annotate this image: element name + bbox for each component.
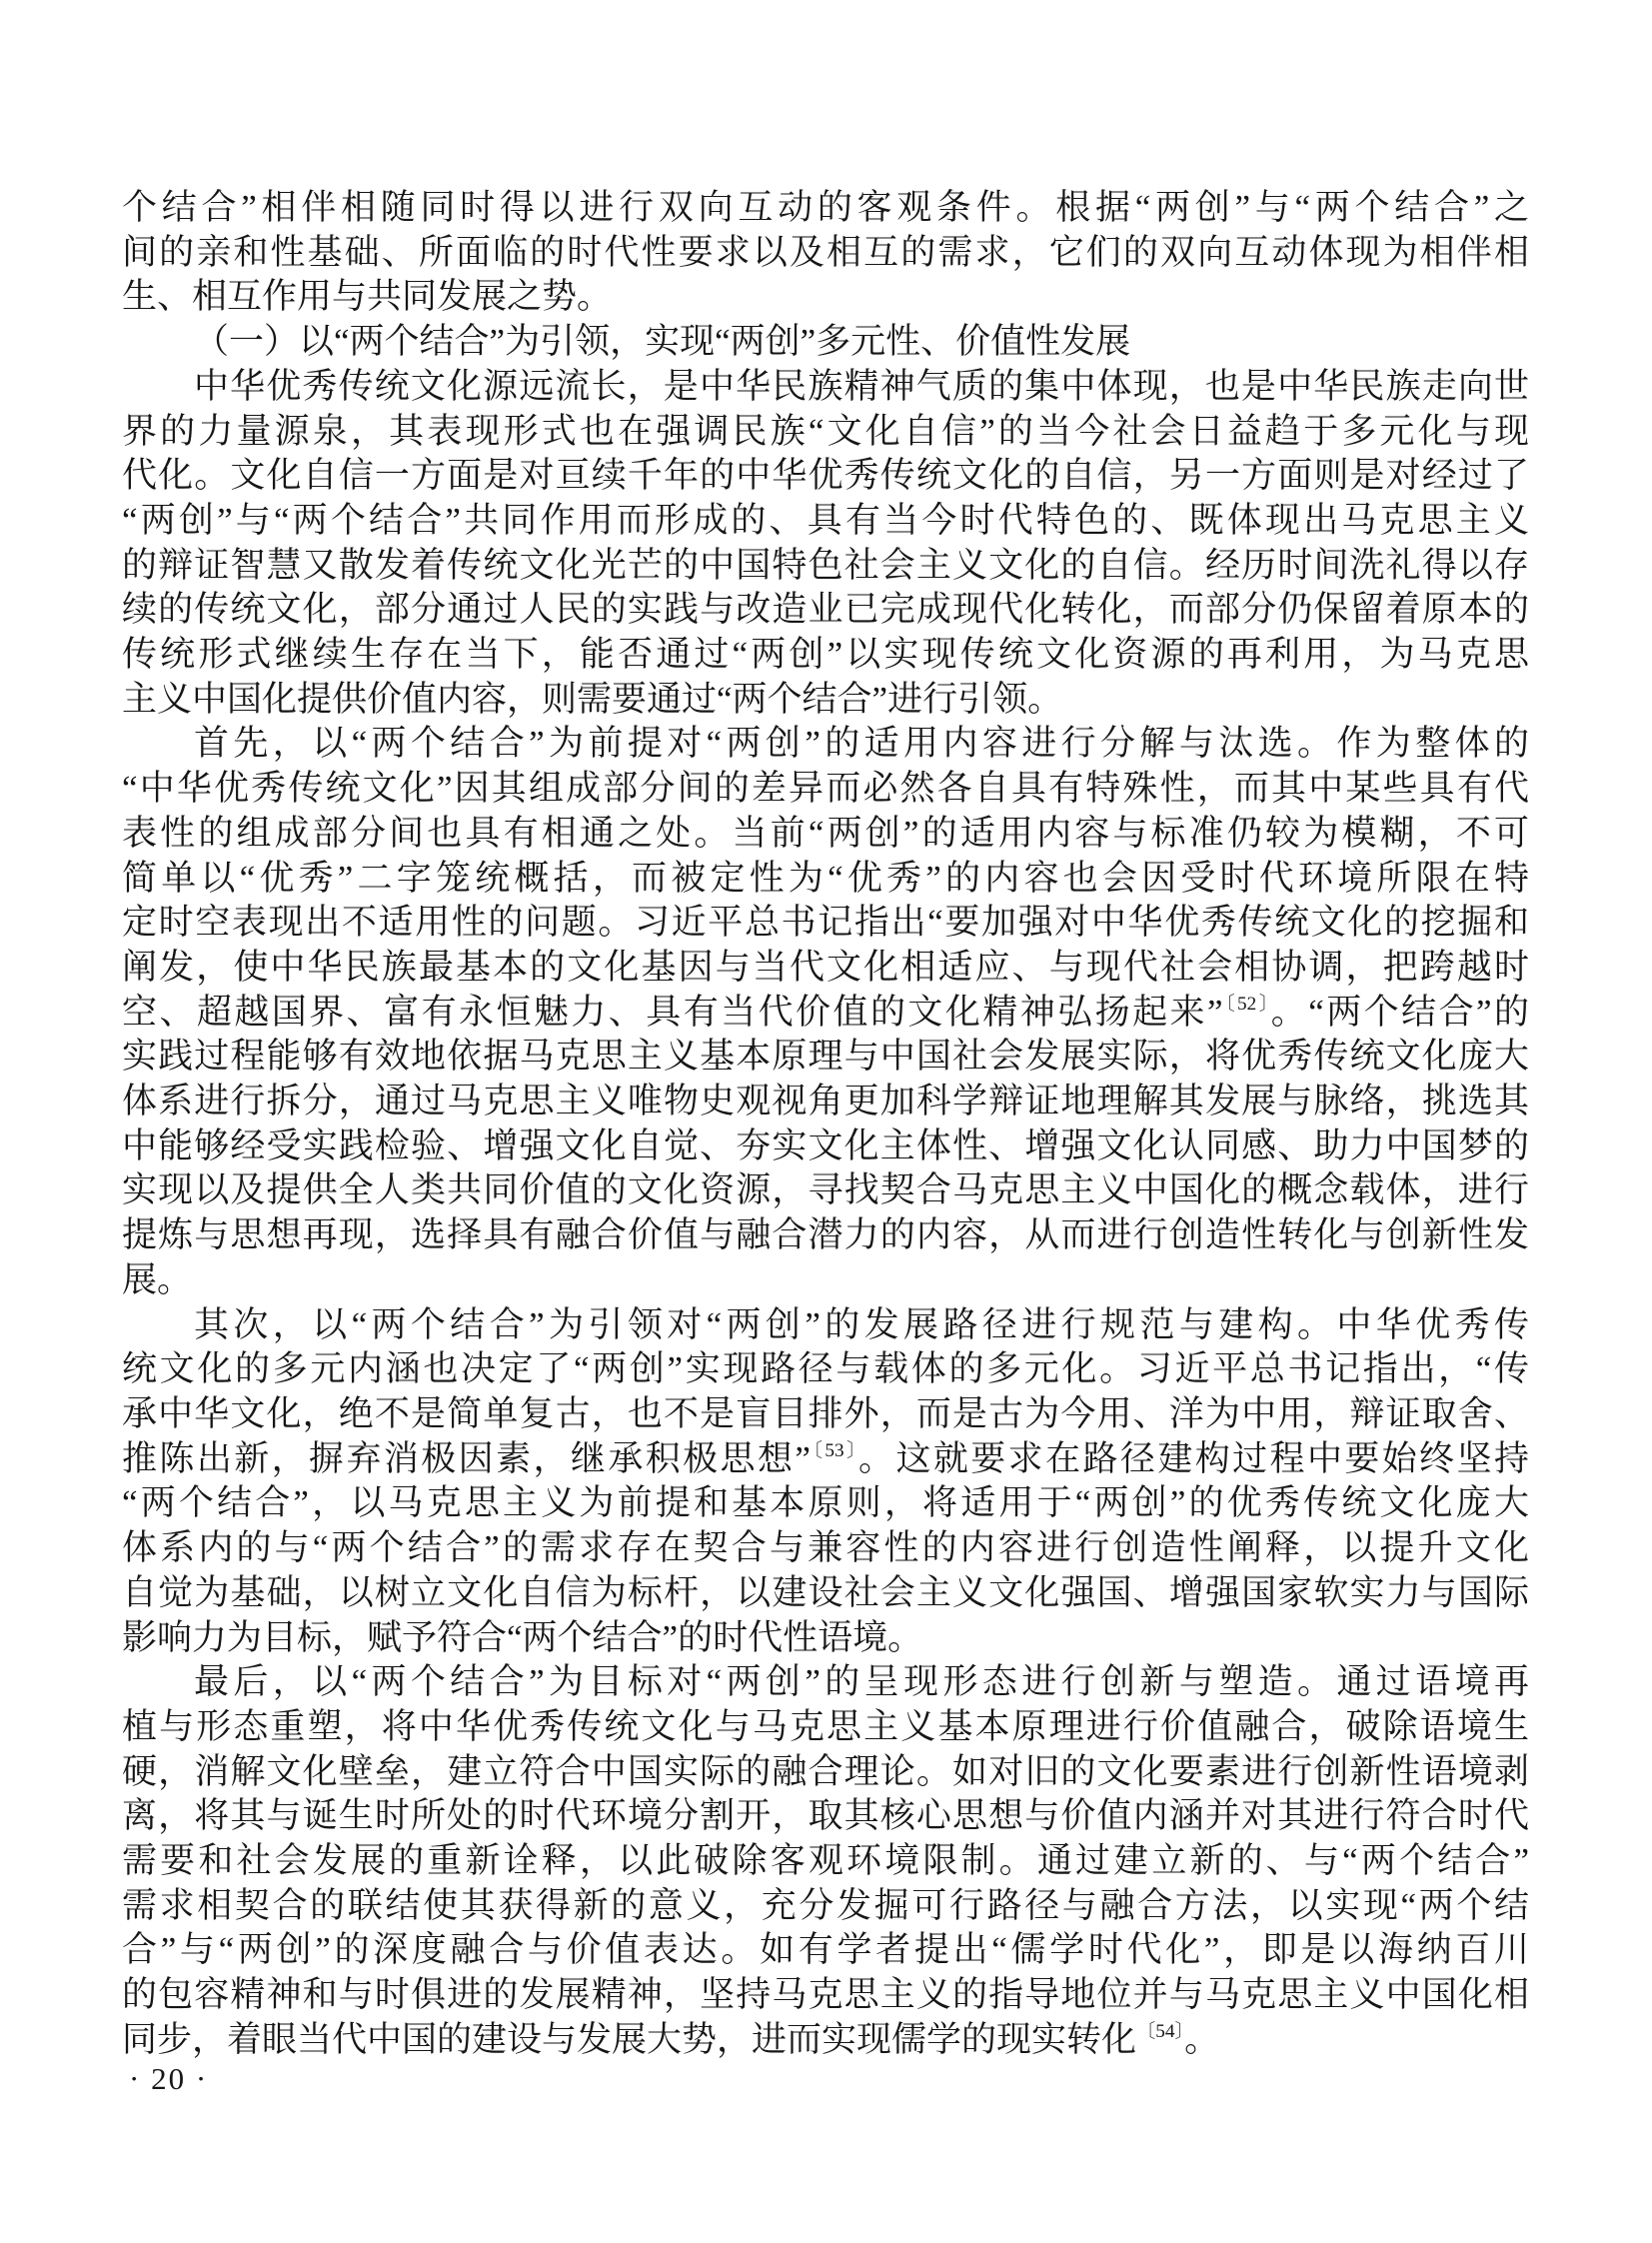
text-line: 实践过程能够有效地依据马克思主义基本原理与中国社会发展实际，将优秀传统文化庞大 [122, 1035, 1529, 1080]
text-line: 生、相互作用与共同发展之势。 [122, 275, 1529, 320]
text-line: 硬，消解文化壁垒，建立符合中国实际的融合理论。如对旧的文化要素进行创新性语境剥 [122, 1750, 1529, 1795]
text-line: 传统形式继续生存在当下，能否通过“两创”以实现传统文化资源的再利用，为马克思 [122, 633, 1529, 678]
text-line: 个结合”相伴相随同时得以进行双向互动的客观条件。根据“两创”与“两个结合”之 [122, 186, 1529, 231]
text-line: 中能够经受实践检验、增强文化自觉、夯实文化主体性、增强文化认同感、助力中国梦的 [122, 1124, 1529, 1169]
text-line: 首先，以“两个结合”为前提对“两创”的适用内容进行分解与汰选。作为整体的 [122, 722, 1529, 767]
page-text-block: 个结合”相伴相随同时得以进行双向互动的客观条件。根据“两创”与“两个结合”之间的… [122, 186, 1529, 2063]
text-segment: 同步，着眼当代中国的建设与发展大势，进而实现儒学的现实转化 [122, 2020, 1136, 2059]
text-line: 空、超越国界、富有永恒魅力、具有当代价值的文化精神弘扬起来”〔52〕。“两个结合… [122, 991, 1529, 1036]
text-segment: 。 [1184, 2020, 1219, 2059]
text-line: 自觉为基础，以树立文化自信为标杆，以建设社会主义文化强国、增强国家软实力与国际 [122, 1571, 1529, 1616]
text-line: 的辩证智慧又散发着传统文化光芒的中国特色社会主义文化的自信。经历时间洗礼得以存 [122, 544, 1529, 589]
text-line: 展。 [122, 1258, 1529, 1303]
text-line: 续的传统文化，部分通过人民的实践与改造业已完成现代化转化，而部分仍保留着原本的 [122, 588, 1529, 633]
page-number: · 20 · [129, 2057, 208, 2101]
text-line: 主义中国化提供价值内容，则需要通过“两个结合”进行引领。 [122, 678, 1529, 723]
document-page: 个结合”相伴相随同时得以进行双向互动的客观条件。根据“两创”与“两个结合”之间的… [0, 0, 1652, 2243]
text-line: “两个结合”，以马克思主义为前提和基本原则，将适用于“两创”的优秀传统文化庞大 [122, 1481, 1529, 1526]
text-line: 需求相契合的联结使其获得新的意义，充分发掘可行路径与融合方法，以实现“两个结 [122, 1884, 1529, 1929]
text-segment: 空、超越国界、富有永恒魅力、具有当代价值的文化精神弘扬起来” [122, 993, 1223, 1032]
text-line: 阐发，使中华民族最基本的文化基因与当代文化相适应、与现代社会相协调，把跨越时 [122, 946, 1529, 991]
text-segment: 。这就要求在路径建构过程中要始终坚持 [858, 1439, 1529, 1478]
text-segment: 。“两个结合”的 [1271, 993, 1529, 1032]
text-line: 影响力为目标，赋予符合“两个结合”的时代性语境。 [122, 1616, 1529, 1661]
text-line: “中华优秀传统文化”因其组成部分间的差异而必然各自具有特殊性，而其中某些具有代 [122, 767, 1529, 812]
text-line: 体系进行拆分，通过马克思主义唯物史观视角更加科学辩证地理解其发展与脉络，挑选其 [122, 1080, 1529, 1124]
text-line: 代化。文化自信一方面是对亘续千年的中华优秀传统文化的自信，另一方面则是对经过了 [122, 454, 1529, 499]
text-line: 合”与“两创”的深度融合与价值表达。如有学者提出“儒学时代化”，即是以海纳百川 [122, 1928, 1529, 1973]
text-line: 定时空表现出不适用性的问题。习近平总书记指出“要加强对中华优秀传统文化的挖掘和 [122, 901, 1529, 946]
text-line: 的包容精神和与时俱进的发展精神，坚持马克思主义的指导地位并与马克思主义中国化相 [122, 1973, 1529, 2018]
section-heading: （一）以“两个结合”为引领，实现“两创”多元性、价值性发展 [122, 320, 1529, 365]
text-line: 统文化的多元内涵也决定了“两创”实现路径与载体的多元化。习近平总书记指出，“传 [122, 1347, 1529, 1392]
text-line: 界的力量源泉，其表现形式也在强调民族“文化自信”的当今社会日益趋于多元化与现 [122, 410, 1529, 455]
text-line: “两创”与“两个结合”共同作用而形成的、具有当今时代特色的、既体现出马克思主义 [122, 499, 1529, 544]
text-line: 承中华文化，绝不是简单复古，也不是盲目排外，而是古为今用、洋为中用，辩证取舍、 [122, 1392, 1529, 1437]
text-line: 体系内的与“两个结合”的需求存在契合与兼容性的内容进行创造性阐释，以提升文化 [122, 1526, 1529, 1571]
text-line: 提炼与思想再现，选择具有融合价值与融合潜力的内容，从而进行创造性转化与创新性发 [122, 1213, 1529, 1258]
text-segment: 推陈出新，摒弃消极因素，继承积极思想” [122, 1439, 811, 1478]
text-line: 表性的组成部分间也具有相通之处。当前“两创”的适用内容与标准仍较为模糊，不可 [122, 812, 1529, 857]
text-line: 最后，以“两个结合”为目标对“两创”的呈现形态进行创新与塑造。通过语境再 [122, 1660, 1529, 1705]
text-line: 间的亲和性基础、所面临的时代性要求以及相互的需求，它们的双向互动体现为相伴相 [122, 231, 1529, 276]
text-line: 其次，以“两个结合”为引领对“两创”的发展路径进行规范与建构。中华优秀传 [122, 1303, 1529, 1348]
text-line: 同步，着眼当代中国的建设与发展大势，进而实现儒学的现实转化〔54〕。 [122, 2018, 1529, 2063]
text-line: 需要和社会发展的重新诠释，以此破除客观环境限制。通过建立新的、与“两个结合” [122, 1839, 1529, 1884]
text-line: 简单以“优秀”二字笼统概括，而被定性为“优秀”的内容也会因受时代环境所限在特 [122, 857, 1529, 902]
text-line: 中华优秀传统文化源远流长，是中华民族精神气质的集中体现，也是中华民族走向世 [122, 365, 1529, 410]
text-line: 植与形态重塑，将中华优秀传统文化与马克思主义基本原理进行价值融合，破除语境生 [122, 1705, 1529, 1750]
text-line: 实现以及提供全人类共同价值的文化资源，寻找契合马克思主义中国化的概念载体，进行 [122, 1168, 1529, 1213]
text-line: 离，将其与诞生时所处的时代环境分割开，取其核心思想与价值内涵并对其进行符合时代 [122, 1794, 1529, 1839]
footnote-reference: 〔54〕 [1136, 2021, 1184, 2042]
footnote-reference: 〔53〕 [811, 1440, 858, 1461]
footnote-reference: 〔52〕 [1223, 994, 1271, 1015]
text-line: 推陈出新，摒弃消极因素，继承积极思想”〔53〕。这就要求在路径建构过程中要始终坚… [122, 1437, 1529, 1482]
